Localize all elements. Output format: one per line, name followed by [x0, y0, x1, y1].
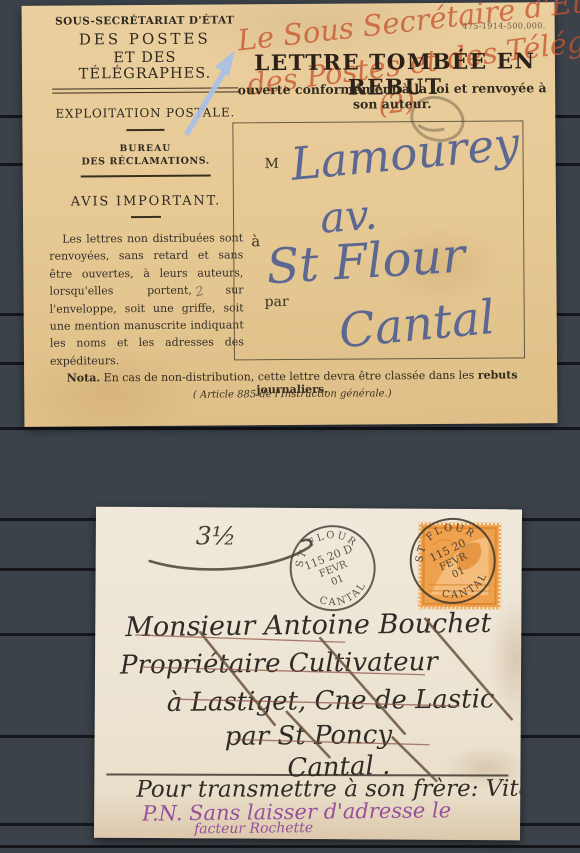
article-note: ( Article 885 de l'Instruction générale.…	[49, 387, 535, 401]
avis-paragraph: Les lettres non distribuées sont renvoyé…	[49, 229, 244, 369]
purple-note-line2: facteur Rochette	[194, 820, 313, 837]
album-strip-line	[0, 845, 580, 848]
label-a: à	[251, 232, 260, 250]
divider	[126, 129, 164, 131]
album-strip-line	[0, 427, 580, 430]
envelope: 3½ ST FLOUR CANTAL 115 20 D FEVR 01	[94, 507, 522, 841]
divider	[131, 216, 161, 218]
divider	[81, 175, 211, 178]
photo-of-postal-covers: { "form": { "admin_line1": "SOUS-SECRÉTA…	[0, 0, 580, 853]
blue-arrow-icon	[177, 46, 253, 139]
cross-out-strokes	[94, 597, 521, 800]
label-par: par	[265, 294, 289, 310]
bureau-line2: DES RÉCLAMATIONS.	[49, 155, 243, 167]
label-m: M	[265, 156, 279, 172]
form-subtitle: ouverte conformément à la loi et renvoyé…	[227, 80, 557, 112]
bureau-line1: BUREAU	[49, 143, 243, 154]
rebut-form: SOUS-SECRÉTARIAT D'ÉTAT DES POSTES ET DE…	[22, 2, 558, 427]
nota-label: Nota.	[67, 371, 101, 384]
handwritten-city: St Flour	[265, 228, 467, 296]
nota-text: En cas de non-distribution, cette lettre…	[104, 369, 475, 385]
admin-line1: SOUS-SECRÉTARIAT D'ÉTAT	[48, 14, 242, 27]
avis-title: AVIS IMPORTANT.	[49, 193, 243, 209]
